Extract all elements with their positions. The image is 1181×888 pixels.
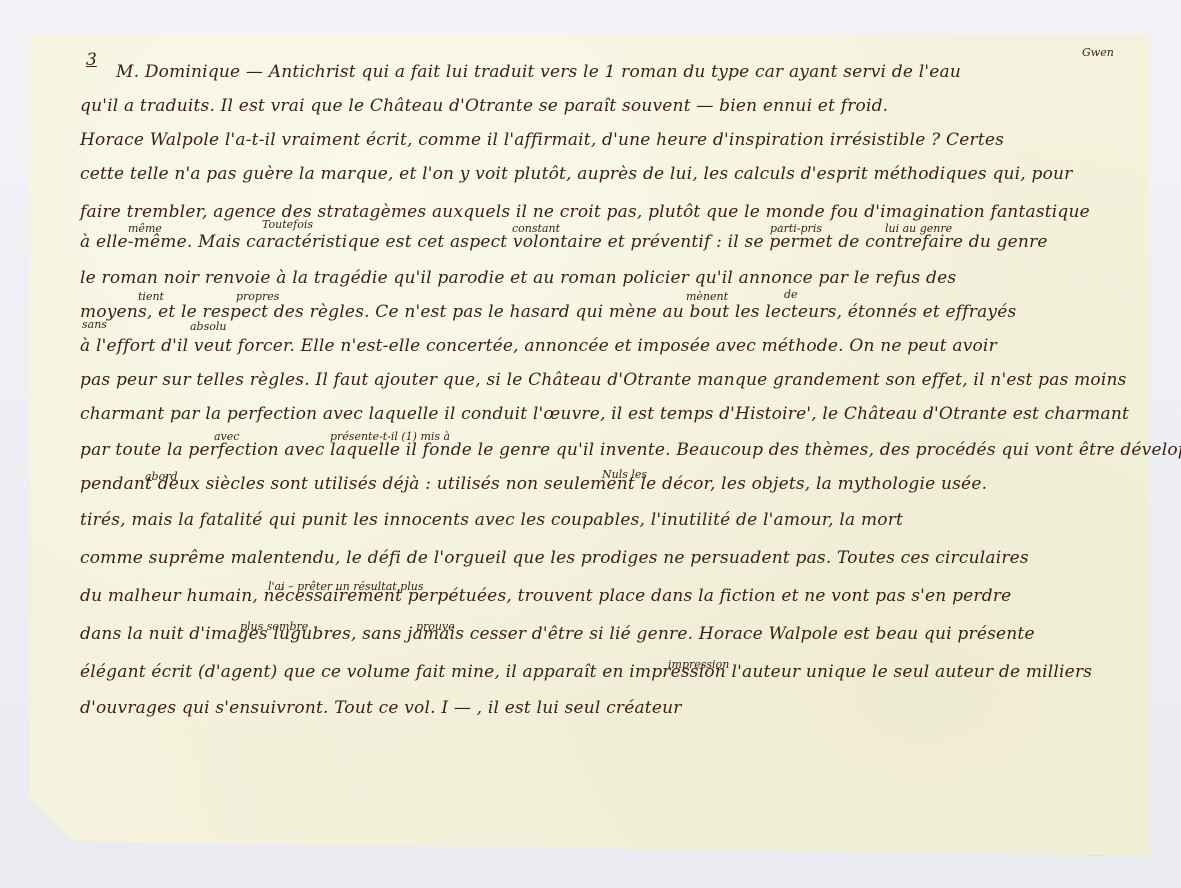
insertion: sans <box>82 318 107 331</box>
manuscript-line: élégant écrit (d'agent) que ce volume fa… <box>80 662 1092 682</box>
insertion: lui au genre <box>885 222 952 235</box>
manuscript-line: le roman noir renvoie à la tragédie qu'i… <box>80 268 956 288</box>
insertion: plus sombre <box>240 620 308 633</box>
insertion: mènent <box>686 290 728 303</box>
manuscript-line: à elle-même. Mais caractéristique est ce… <box>80 232 1048 252</box>
manuscript-line: d'ouvrages qui s'ensuivront. Tout ce vol… <box>80 698 682 718</box>
insertion: avec <box>214 430 239 443</box>
manuscript-line: tirés, mais la fatalité qui punit les in… <box>80 510 903 530</box>
insertion: Nuls les <box>602 468 647 481</box>
manuscript-line: dans la nuit d'images lugubres, sans jam… <box>80 624 1035 644</box>
insertion: présente-t-il (1) mis à <box>330 430 450 443</box>
insertion: constant <box>512 222 560 235</box>
manuscript-line: par toute la perfection avec laquelle il… <box>80 440 1181 460</box>
manuscript-line: charmant par la perfection avec laquelle… <box>80 404 1129 424</box>
insertion: tient <box>138 290 164 303</box>
insertion: même <box>128 222 162 235</box>
manuscript-line: moyens, et le respect des règles. Ce n'e… <box>80 302 1016 322</box>
manuscript-line: M. Dominique — Antichrist qui a fait lui… <box>116 62 961 82</box>
manuscript-line: qu'il a traduits. Il est vrai que le Châ… <box>80 96 888 116</box>
insertion: prouve <box>416 620 455 633</box>
manuscript-line: faire trembler, agence des stratagèmes a… <box>80 202 1090 222</box>
insertion: impression <box>668 658 729 671</box>
manuscript-line: Horace Walpole l'a-t-il vraiment écrit, … <box>80 130 1004 150</box>
manuscript-line: pas peur sur telles règles. Il faut ajou… <box>80 370 1127 390</box>
insertion: propres <box>236 290 279 303</box>
insertion: abord <box>145 470 178 483</box>
manuscript-line: comme suprême malentendu, le défi de l'o… <box>80 548 1029 568</box>
page-number: 3 <box>86 50 97 70</box>
manuscript-line: à l'effort d'il veut forcer. Elle n'est-… <box>80 336 997 356</box>
manuscript-line: cette telle n'a pas guère la marque, et … <box>80 164 1073 184</box>
insertion: Toutefois <box>262 218 313 231</box>
insertion: Gwen <box>1082 46 1114 59</box>
insertion: absolu <box>190 320 226 333</box>
insertion: de <box>784 288 798 301</box>
manuscript-line: pendant deux siècles sont utilisés déjà … <box>80 474 987 494</box>
insertion: parti-pris <box>770 222 822 235</box>
insertion: l'ai – prêter un résultat plus <box>268 580 423 593</box>
manuscript-line: du malheur humain, nécessairement perpét… <box>80 586 1011 606</box>
